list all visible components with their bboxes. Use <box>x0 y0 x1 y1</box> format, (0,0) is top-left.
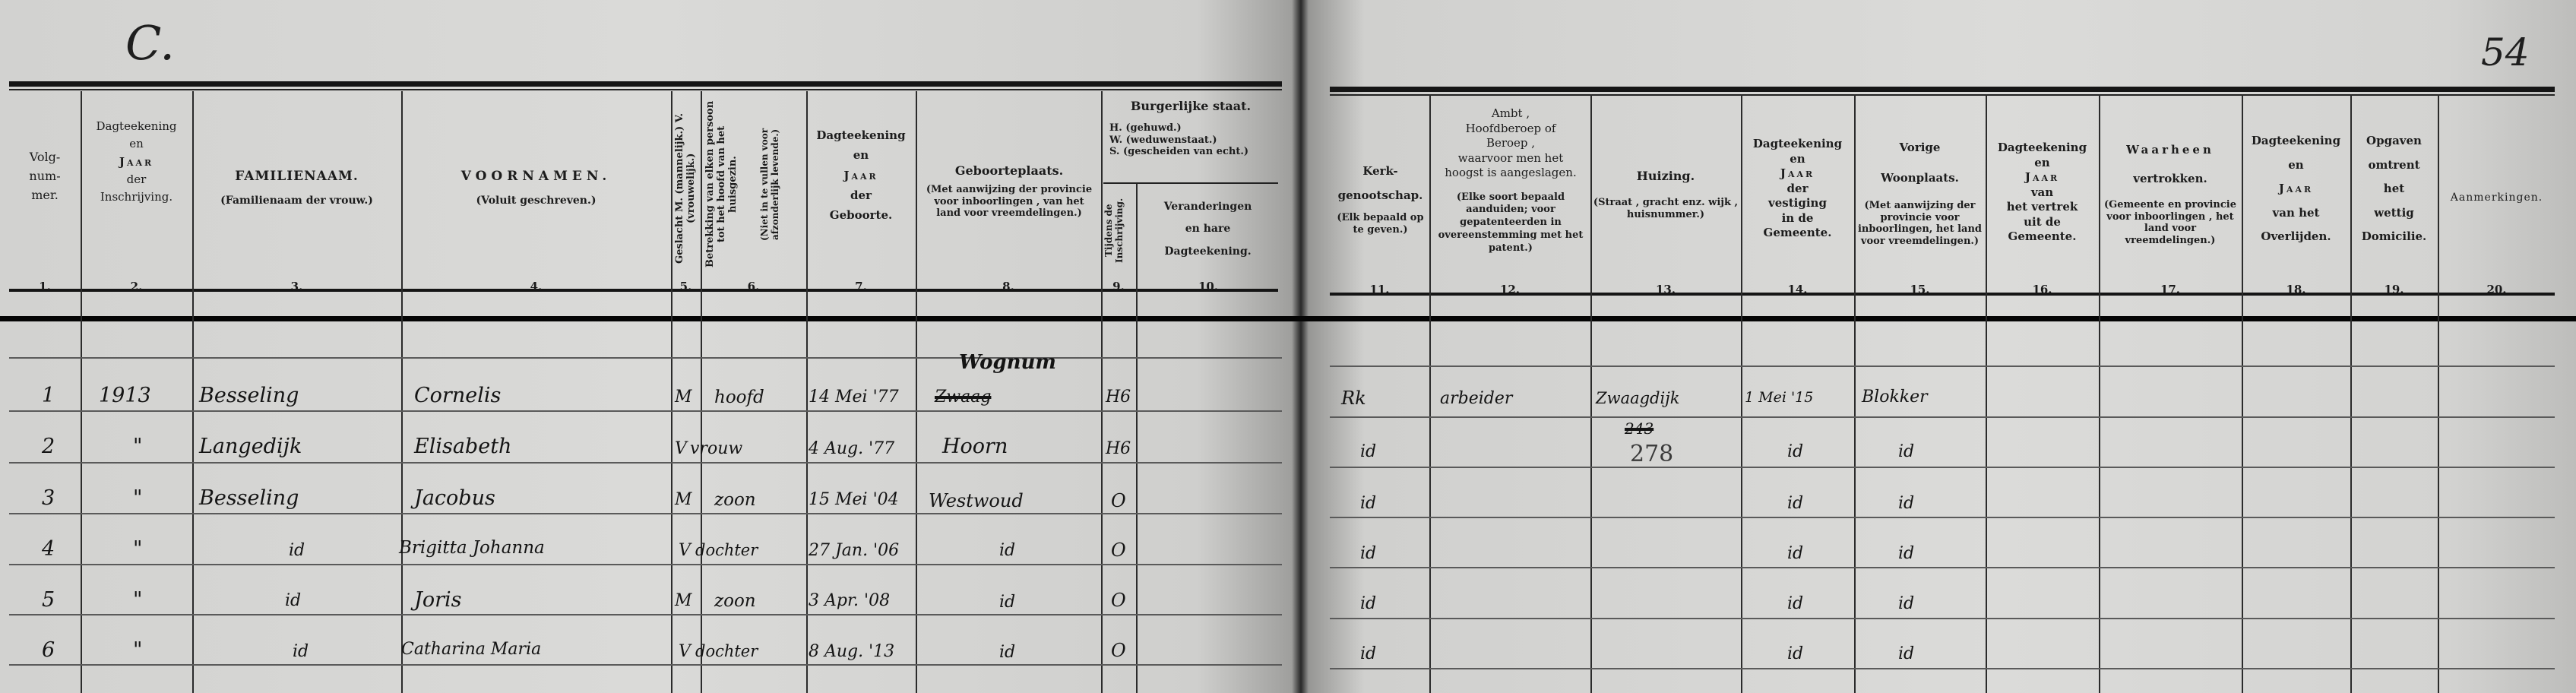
header-text: der <box>1741 182 1854 197</box>
row3-betrekking: zoon <box>714 490 756 510</box>
header-text: Geboorte. <box>806 205 916 225</box>
header-text: Jaar <box>81 153 192 171</box>
header-text: mer. <box>9 186 81 205</box>
row-line <box>9 357 1282 359</box>
header-col-15: Vorige Woonplaats. (Met aanwijzing der p… <box>1854 141 1986 247</box>
header-text: Dagteekening <box>81 118 192 135</box>
row4-vorige-woonplaats: id <box>1898 544 1914 563</box>
header-text: het <box>2350 177 2438 201</box>
header-text: het vertrek <box>1986 200 2099 215</box>
header-title: VOORNAMEN. <box>401 169 671 184</box>
row2-vestiging: id <box>1787 442 1803 461</box>
row5-kerk: id <box>1360 594 1376 613</box>
header-subtitle: (Elk bepaald op te geven.) <box>1331 212 1429 236</box>
header-subtitle: (Familienaam der vrouw.) <box>192 195 401 207</box>
header-text: omtrent <box>2350 153 2438 178</box>
header-text: Dagteekening <box>806 125 916 145</box>
header-text: hoogst is aangeslagen. <box>1431 166 1590 181</box>
row-line <box>1330 668 2555 669</box>
header-subtitle: (Gemeente en provincie voor inboorlingen… <box>2100 199 2240 246</box>
header-text: num- <box>9 167 81 186</box>
column-number: 16. <box>1986 283 2099 296</box>
row1-kerk: Rk <box>1341 388 1366 409</box>
header-col-9: Tijdens de Inschrijving. <box>1104 188 1135 272</box>
row1-inschrijving: 1913 <box>99 384 151 407</box>
row6-inschrijving: " <box>133 638 142 662</box>
row6-volgnummer: 6 <box>42 638 55 662</box>
header-col-18: Dagteekening en Jaar van het Overlijden. <box>2242 129 2350 249</box>
header-text: Gemeente. <box>1986 229 2099 245</box>
header-col-16: Dagteekening en Jaar van het vertrek uit… <box>1986 141 2099 245</box>
scan-seam <box>0 316 2576 321</box>
header-title: FAMILIENAAM. <box>192 169 401 184</box>
col-divider <box>701 91 702 693</box>
header-subtitle: (Met aanwijzing der provincie voor inboo… <box>922 184 1097 220</box>
header-text: Ambt , <box>1431 106 1590 122</box>
row2-vorige-woonplaats: id <box>1898 442 1914 461</box>
column-number: 18. <box>2242 283 2350 296</box>
row4-voornamen: Brigitta Johanna <box>399 538 545 558</box>
col-divider <box>916 91 917 693</box>
row5-betrekking: zoon <box>714 591 756 611</box>
row2-geboorteplaats: Hoorn <box>942 435 1008 458</box>
header-text: Hoofdberoep of <box>1431 122 1590 137</box>
header-text: wettig <box>2350 201 2438 226</box>
header-top-rule-right-thin <box>1330 94 2555 96</box>
header-title: Huizing. <box>1590 169 1741 183</box>
row2-huizing-struck: 243 <box>1625 419 1654 438</box>
legend-item: H. (gehuwd.) <box>1103 122 1278 134</box>
row1-voornamen: Cornelis <box>414 384 501 407</box>
header-text: en <box>2242 153 2350 178</box>
header-text: Dagteekening <box>1986 141 2099 156</box>
header-col-8: Geboorteplaats. (Met aanwijzing der prov… <box>922 163 1097 220</box>
row-line <box>1330 517 2555 518</box>
header-text: vertrokken. <box>2100 172 2240 185</box>
header-text: Jaar <box>2242 177 2350 201</box>
row6-vorige-woonplaats: id <box>1898 644 1914 663</box>
row6-voornamen: Catharina Maria <box>401 640 541 659</box>
header-text: uit de <box>1986 215 2099 230</box>
column-number: 12. <box>1429 283 1590 296</box>
row3-vorige-woonplaats: id <box>1898 494 1914 513</box>
row2-inschrijving: " <box>133 435 142 458</box>
column-number: 9. <box>1101 280 1136 293</box>
row1-geslacht: M <box>675 388 692 407</box>
header-text: Veranderingen <box>1138 196 1278 218</box>
header-col-11: Kerk- genootschap. (Elk bepaald op te ge… <box>1331 160 1429 236</box>
row5-voornamen: Joris <box>414 588 461 612</box>
row3-inschrijving: " <box>133 486 142 510</box>
header-subtitle: (Met aanwijzing der provincie voor inboo… <box>1854 200 1986 247</box>
row-line <box>1330 365 2555 367</box>
burgerlijke-staat-divider <box>1103 182 1278 184</box>
row1-geboorte: 14 Mei '77 <box>809 388 899 407</box>
header-text: der <box>806 185 916 205</box>
row1-volgnummer: 1 <box>42 384 55 407</box>
row-line <box>9 664 1282 666</box>
header-text: vestiging <box>1741 196 1854 211</box>
header-text: en <box>806 145 916 165</box>
column-number: 13. <box>1590 283 1741 296</box>
row-line <box>9 513 1282 514</box>
row4-kerk: id <box>1360 544 1376 563</box>
row-line <box>9 410 1282 412</box>
row5-inschrijving: " <box>133 588 142 612</box>
column-number: 1. <box>9 280 81 293</box>
header-text: en <box>1986 156 2099 171</box>
row2-kerk: id <box>1360 442 1376 461</box>
row5-vorige-woonplaats: id <box>1898 594 1914 613</box>
header-text: en <box>81 135 192 153</box>
header-text: Dagteekening <box>2242 129 2350 153</box>
right-page <box>1301 0 2576 693</box>
row3-geboorte: 15 Mei '04 <box>809 490 899 509</box>
row5-familienaam: id <box>285 591 301 610</box>
row3-voornamen: Jacobus <box>414 486 495 510</box>
header-text: Jaar <box>806 166 916 185</box>
row3-geslacht: M <box>675 490 692 509</box>
row4-geslacht: V <box>679 541 691 560</box>
header-text: Overlijden. <box>2242 225 2350 249</box>
row-line <box>9 462 1282 464</box>
column-number: 3. <box>192 280 401 293</box>
column-number: 15. <box>1854 283 1986 296</box>
row4-burgerlijke-staat: O <box>1111 540 1126 561</box>
header-title: Geboorteplaats. <box>922 163 1097 178</box>
header-col-14: Dagteekening en Jaar der vestiging in de… <box>1741 137 1854 241</box>
column-number: 17. <box>2099 283 2242 296</box>
header-subtitle: (Elke soort bepaald aanduiden; voor gepa… <box>1431 191 1590 255</box>
row4-volgnummer: 4 <box>42 537 55 561</box>
row6-vestiging: id <box>1787 644 1803 663</box>
row2-huizing: 278 <box>1630 441 1673 467</box>
row5-volgnummer: 5 <box>42 588 55 612</box>
header-text: der <box>81 171 192 188</box>
row-line <box>1330 467 2555 468</box>
row1-geboorteplaats: Zwaag <box>935 388 991 407</box>
row5-vestiging: id <box>1787 594 1803 613</box>
row2-familienaam: Langedijk <box>199 435 302 458</box>
row3-volgnummer: 3 <box>42 486 55 510</box>
header-text: Opgaven <box>2350 129 2438 153</box>
header-col-10: Veranderingen en hare Dagteekening. <box>1138 196 1278 263</box>
header-text: Dagteekening <box>1741 137 1854 152</box>
left-page-marker: C. <box>125 15 175 71</box>
row3-vestiging: id <box>1787 494 1803 513</box>
header-col-12: Ambt , Hoofdberoep of Beroep , waarvoor … <box>1431 106 1590 255</box>
header-top-rule-right <box>1330 87 2555 92</box>
row1-betrekking: hoofd <box>714 388 764 407</box>
row1-geboorteplaats-correction: Wognum <box>959 351 1056 374</box>
row1-huizing: Zwaagdijk <box>1596 389 1679 407</box>
header-title: Burgerlijke staat. <box>1103 99 1278 113</box>
header-subtitle: (Voluit geschreven.) <box>401 195 671 207</box>
header-text: Kerk- <box>1331 160 1429 184</box>
header-col-17: Waarheen vertrokken. (Gemeente en provin… <box>2100 143 2240 246</box>
column-number: 2. <box>81 280 192 293</box>
header-text: Woonplaats. <box>1854 171 1986 185</box>
legend-item: S. (gescheiden van echt.) <box>1103 146 1278 158</box>
header-text: Jaar <box>1741 166 1854 182</box>
column-number: 11. <box>1330 283 1429 296</box>
column-number: 14. <box>1741 283 1854 296</box>
row6-kerk: id <box>1360 644 1376 663</box>
header-text: en hare <box>1138 218 1278 240</box>
column-number: 6. <box>701 280 806 293</box>
row1-burgerlijke-staat: H6 <box>1106 388 1131 407</box>
book-gutter <box>1292 0 1309 693</box>
header-text: genootschap. <box>1331 184 1429 208</box>
column-number: 19. <box>2350 283 2438 296</box>
header-text: Beroep , <box>1431 136 1590 151</box>
row-line <box>9 614 1282 615</box>
column-number: 7. <box>806 280 916 293</box>
header-col-20: Aanmerkingen. <box>2438 191 2555 204</box>
row2-geboorte: 4 Aug. '77 <box>809 439 894 458</box>
row4-inschrijving: " <box>133 537 142 561</box>
row5-geboorte: 3 Apr. '08 <box>809 591 890 610</box>
header-col-6-note: (Niet in te vullen voor afzonderlijk lev… <box>760 99 801 270</box>
header-burgerlijke-staat: Burgerlijke staat. H. (gehuwd.) W. (wedu… <box>1103 99 1278 158</box>
header-text: waarvoor men het <box>1431 151 1590 166</box>
column-number: 10. <box>1136 280 1280 293</box>
row3-familienaam: Besseling <box>199 486 299 510</box>
row1-familienaam: Besseling <box>199 384 299 407</box>
header-col-3: FAMILIENAAM. (Familienaam der vrouw.) <box>192 169 401 207</box>
header-text: Vorige <box>1854 141 1986 154</box>
header-text: Domicilie. <box>2350 225 2438 249</box>
header-top-rule-left-thin <box>9 89 1282 90</box>
header-text: van het <box>2242 201 2350 226</box>
header-text: Dagteekening. <box>1138 241 1278 263</box>
row2-voornamen: Elisabeth <box>414 435 511 458</box>
header-top-rule-left <box>9 81 1282 87</box>
row-line <box>1330 567 2555 568</box>
header-col-6: Betrekking van elken persoon tot het hoo… <box>705 99 755 270</box>
row3-kerk: id <box>1360 494 1376 513</box>
row5-geslacht: M <box>675 591 692 610</box>
header-col-19: Opgaven omtrent het wettig Domicilie. <box>2350 129 2438 249</box>
header-text: in de <box>1741 211 1854 226</box>
header-text: Jaar <box>1986 170 2099 185</box>
row2-burgerlijke-staat: H6 <box>1106 439 1131 458</box>
row-line <box>9 564 1282 565</box>
row2-betrekking: vrouw <box>690 439 742 458</box>
legend-item: W. (weduwenstaat.) <box>1103 134 1278 147</box>
header-col-1: Volg- num- mer. <box>9 148 81 204</box>
column-number: 5. <box>671 280 701 293</box>
row4-betrekking: dochter <box>695 541 758 559</box>
row2-geslacht: V <box>675 439 687 458</box>
row4-geboorteplaats: id <box>999 541 1015 560</box>
row6-geboorte: 8 Aug. '13 <box>809 642 894 661</box>
col-divider <box>1101 91 1103 693</box>
row1-vestiging: 1 Mei '15 <box>1745 389 1813 406</box>
header-text: Volg- <box>9 148 81 167</box>
row5-geboorteplaats: id <box>999 593 1015 612</box>
col-divider <box>671 91 672 693</box>
header-text: Waarheen <box>2100 143 2240 157</box>
header-col-13: Huizing. (Straat , gracht enz. wijk , hu… <box>1590 169 1741 220</box>
header-text: van <box>1986 185 2099 201</box>
row6-burgerlijke-staat: O <box>1111 640 1126 661</box>
header-text: Gemeente. <box>1741 226 1854 241</box>
header-col-7: Dagteekening en Jaar der Geboorte. <box>806 125 916 225</box>
row6-familienaam: id <box>293 642 309 661</box>
row6-geslacht: V <box>679 642 691 661</box>
row4-geboorte: 27 Jan. '06 <box>809 541 899 560</box>
header-text: Inschrijving. <box>81 188 192 206</box>
header-col-5: Geslacht M. (mannelijk.) V. (vrouwelijk.… <box>675 106 698 270</box>
row6-betrekking: dochter <box>695 642 758 660</box>
header-subtitle: (Straat , gracht enz. wijk , huisnummer.… <box>1590 197 1741 220</box>
header-col-4: VOORNAMEN. (Voluit geschreven.) <box>401 169 671 207</box>
row3-burgerlijke-staat: O <box>1111 490 1126 511</box>
row2-volgnummer: 2 <box>42 435 55 458</box>
col-divider <box>2438 94 2439 693</box>
column-number: 4. <box>401 280 671 293</box>
header-col-2: Dagteekening en Jaar der Inschrijving. <box>81 118 192 206</box>
row3-geboorteplaats: Westwoud <box>929 490 1024 511</box>
header-text: en <box>1741 152 1854 167</box>
row5-burgerlijke-staat: O <box>1111 590 1126 611</box>
row-line <box>1330 416 2555 418</box>
column-number: 8. <box>916 280 1101 293</box>
row1-vorige-woonplaats: Blokker <box>1862 388 1928 407</box>
row4-vestiging: id <box>1787 544 1803 563</box>
row-line <box>1330 618 2555 619</box>
column-number: 20. <box>2438 283 2555 296</box>
right-page-number: 54 <box>2481 30 2530 74</box>
row6-geboorteplaats: id <box>999 643 1015 662</box>
row4-familienaam: id <box>289 541 305 560</box>
row1-beroep: arbeider <box>1440 389 1512 408</box>
